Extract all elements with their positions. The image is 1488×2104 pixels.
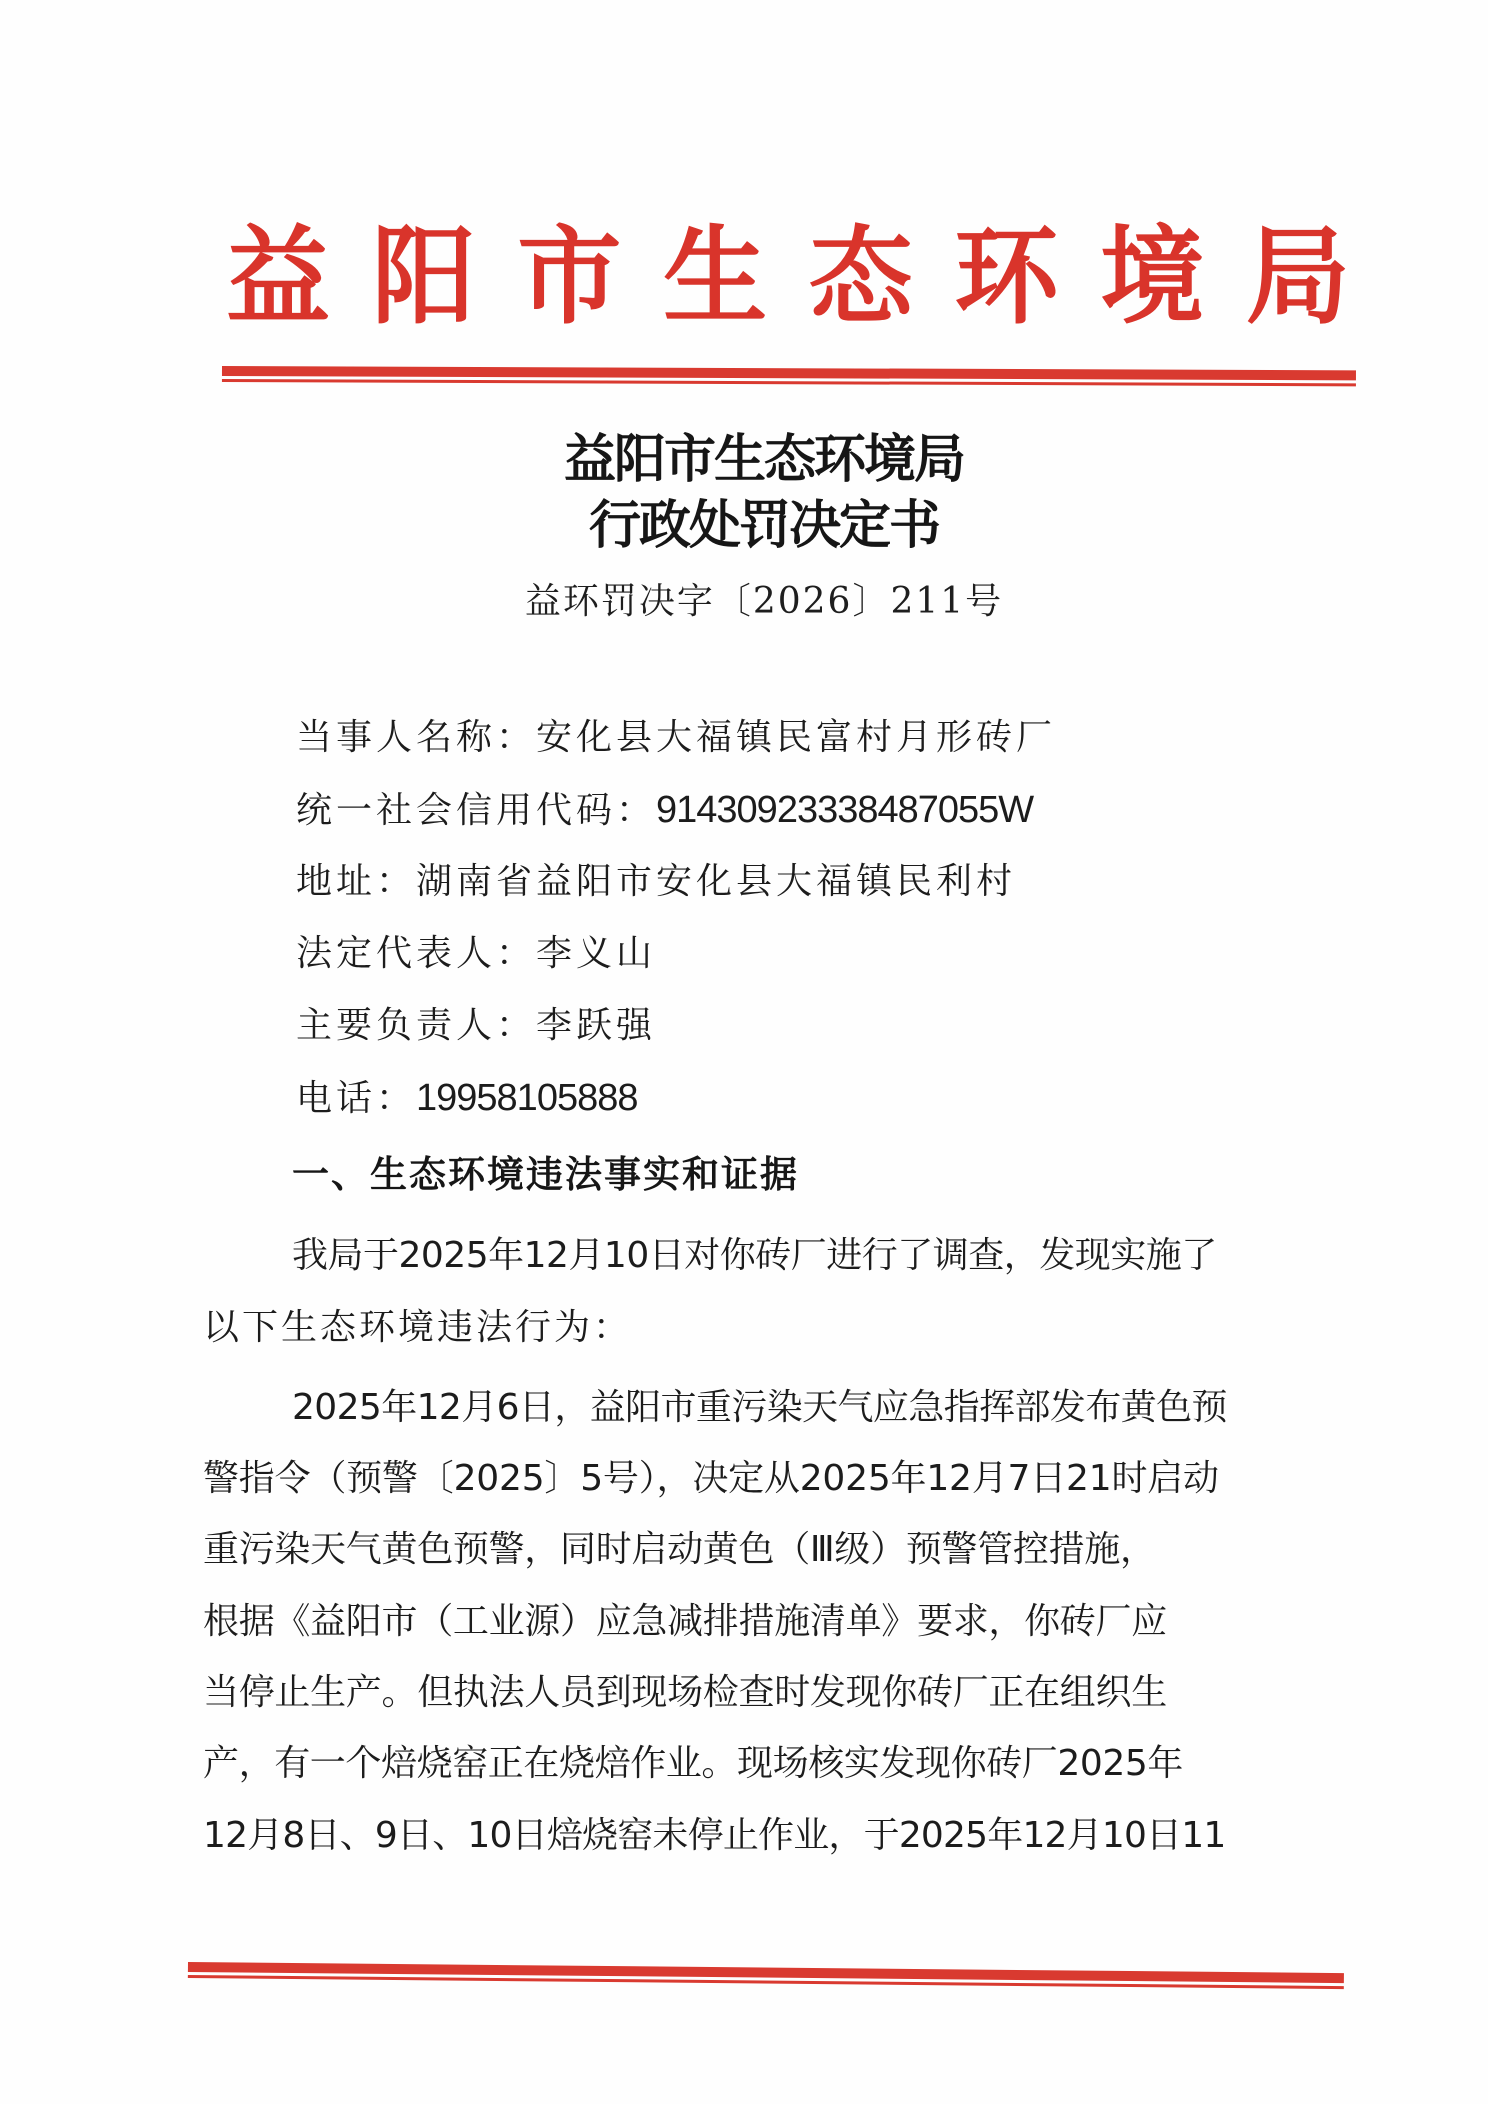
- paragraph-line: 当停止生产。但执法人员到现场检查时发现你砖厂正在组织生: [203, 1671, 1167, 1715]
- paragraph-line: 警指令（预警〔2025〕5号），决定从2025年12月7日21时启动: [203, 1457, 1219, 1501]
- address-field: 地址：湖南省益阳市安化县大福镇民利村: [296, 860, 1016, 904]
- principal-value: 李跃强: [536, 1005, 656, 1046]
- divider-thick-line: [222, 366, 1356, 380]
- paragraph-line: 12月8日、9日、10日焙烧窑未停止作业，于2025年12月10日11: [203, 1814, 1225, 1858]
- paragraph-line: 我局于2025年12月10日对你砖厂进行了调查，发现实施了: [292, 1234, 1217, 1278]
- document-title-agency: 益阳市生态环境局: [20, 430, 1488, 490]
- legal-rep-value: 李义山: [536, 933, 656, 974]
- field-label: 当事人名称：: [296, 717, 536, 758]
- paragraph-line: 2025年12月6日，益阳市重污染天气应急指挥部发布黄色预: [292, 1386, 1227, 1430]
- field-label: 统一社会信用代码：: [296, 790, 656, 831]
- masthead-char: 境: [1092, 221, 1212, 333]
- document-page: 益 阳 市 生 态 环 境 局 益阳市生态环境局 行政处罚决定书 益环罚决字〔2…: [0, 0, 1488, 2104]
- principal-field: 主要负责人：李跃强: [296, 1004, 656, 1048]
- masthead-char: 阳: [364, 221, 484, 333]
- masthead-char: 局: [1238, 221, 1358, 333]
- credit-code-value: 91430923338487055W: [656, 789, 1033, 831]
- section-heading-violation-facts: 一、生态环境违法事实和证据: [292, 1153, 799, 1197]
- masthead-char: 生: [655, 221, 775, 333]
- field-label: 地址：: [296, 861, 416, 902]
- field-label: 电话：: [296, 1078, 416, 1119]
- paragraph-line: 以下生态环境违法行为：: [203, 1306, 632, 1350]
- legal-rep-field: 法定代表人：李义山: [296, 932, 656, 976]
- party-name-value: 安化县大福镇民富村月形砖厂: [536, 717, 1056, 758]
- credit-code-field: 统一社会信用代码：91430923338487055W: [296, 788, 1033, 833]
- document-title-type: 行政处罚决定书: [20, 496, 1488, 556]
- masthead-divider: [222, 366, 1356, 370]
- agency-masthead: 益 阳 市 生 态 环 境 局: [218, 221, 1358, 333]
- address-value: 湖南省益阳市安化县大福镇民利村: [416, 861, 1016, 902]
- field-label: 法定代表人：: [296, 933, 536, 974]
- phone-value: 19958105888: [416, 1077, 637, 1119]
- phone-field: 电话：19958105888: [296, 1076, 638, 1121]
- masthead-char: 态: [801, 221, 921, 333]
- party-name-field: 当事人名称：安化县大福镇民富村月形砖厂: [296, 716, 1056, 760]
- footer-divider: [188, 1962, 1344, 1973]
- paragraph-line: 根据《益阳市（工业源）应急减排措施清单》要求，你砖厂应: [203, 1600, 1167, 1644]
- masthead-char: 市: [509, 221, 629, 333]
- paragraph-line: 重污染天气黄色预警，同时启动黄色（Ⅲ级）预警管控措施，: [203, 1528, 1156, 1572]
- divider-thin-line: [222, 379, 1356, 386]
- field-label: 主要负责人：: [296, 1005, 536, 1046]
- paragraph-line: 产，有一个焙烧窑正在烧焙作业。现场核实发现你砖厂2025年: [203, 1742, 1183, 1786]
- document-number: 益环罚决字〔2026〕211号: [20, 580, 1488, 624]
- masthead-char: 环: [947, 221, 1067, 333]
- masthead-char: 益: [218, 221, 338, 333]
